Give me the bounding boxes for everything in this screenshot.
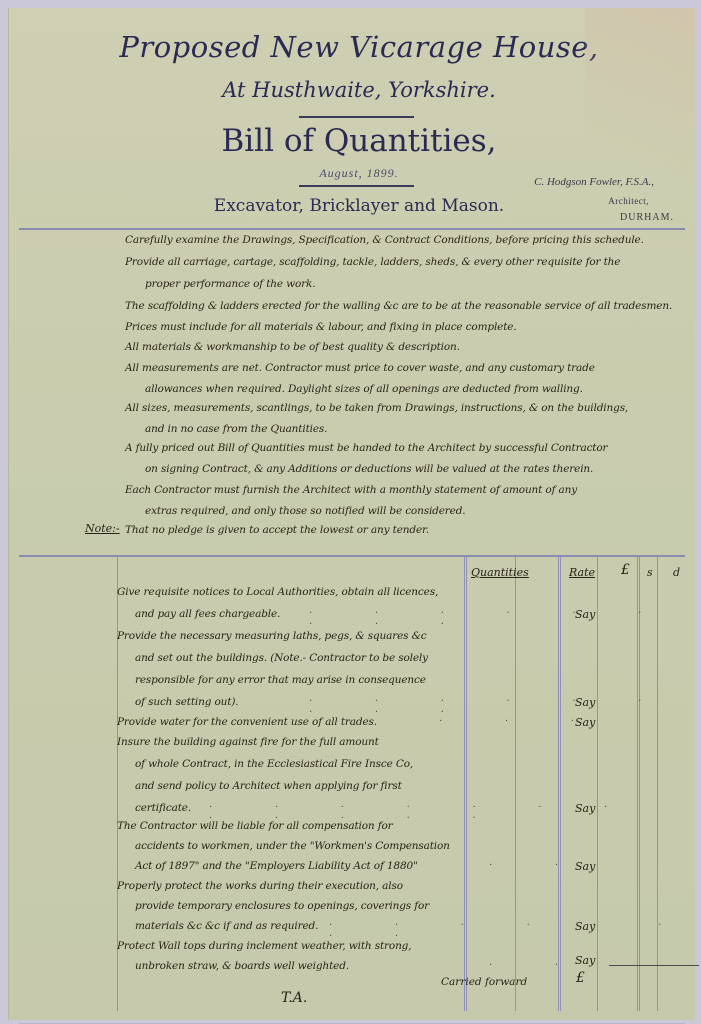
item-line: of such setting out).	[135, 696, 239, 708]
item-line: Give requisite notices to Local Authorit…	[117, 586, 438, 598]
rate-entry: Say	[575, 920, 595, 933]
architect-title: Architect,	[479, 196, 649, 206]
rate-entry: Say	[575, 860, 595, 873]
shillings-column-header: s	[647, 566, 653, 579]
leader-dots: · · · · · · · ·	[329, 920, 695, 942]
quantities-column-header: Quantities	[471, 566, 529, 579]
rate-entry: Say	[575, 608, 595, 621]
location-heading: At Husthwaite, Yorkshire.	[9, 78, 701, 102]
item-line: and pay all fees chargeable.	[135, 608, 280, 620]
item-line: unbroken straw, & boards well weighted.	[135, 960, 349, 972]
condition-line: extras required, and only those so notif…	[145, 505, 466, 517]
architect-city: DURHAM.	[479, 212, 674, 223]
document-heading: Proposed New Vicarage House,	[9, 30, 701, 64]
rate-entry: Say	[575, 954, 595, 967]
item-line: certificate.	[135, 802, 191, 814]
condition-line: proper performance of the work.	[145, 278, 315, 290]
leader-dots: · ·	[489, 960, 588, 971]
condition-line: on signing Contract, & any Additions or …	[145, 463, 593, 475]
item-line: and set out the buildings. (Note.- Contr…	[135, 652, 428, 664]
condition-line: Provide all carriage, cartage, scaffoldi…	[125, 256, 620, 268]
carried-forward-label: Carried forward	[441, 976, 527, 988]
header-divider	[19, 228, 685, 230]
item-line: accidents to workmen, under the "Workmen…	[135, 840, 450, 852]
architect-name: C. Hodgson Fowler, F.S.A.,	[479, 176, 654, 188]
item-line: responsible for any error that may arise…	[135, 674, 426, 686]
condition-line: Carefully examine the Drawings, Specific…	[125, 234, 644, 246]
carried-forward-pound-sign: £	[576, 970, 585, 986]
rate-entry: Say	[575, 696, 595, 709]
pence-column-header: d	[673, 566, 680, 579]
leader-dots: · · · · · · · · ·	[309, 608, 695, 630]
condition-line: All sizes, measurements, scantlings, to …	[125, 402, 628, 414]
note-label: Note:-	[85, 522, 120, 535]
note-text: That no pledge is given to accept the lo…	[125, 524, 429, 536]
item-line: Insure the building against fire for the…	[117, 736, 379, 748]
heading-rule	[299, 116, 414, 118]
condition-line: and in no case from the Quantities.	[145, 423, 327, 435]
item-line: Provide the necessary measuring laths, p…	[117, 630, 427, 642]
rate-entry: Say	[575, 716, 595, 729]
pounds-column-header: £	[621, 562, 630, 578]
condition-line: All materials & workmanship to be of bes…	[125, 341, 460, 353]
item-line: Act of 1897" and the "Employers Liabilit…	[135, 860, 418, 872]
heading-rule	[299, 185, 414, 187]
leader-dots: · · · · · · · · · · · ·	[209, 802, 695, 824]
rate-column-header: Rate	[569, 566, 595, 579]
item-line: provide temporary enclosures to openings…	[135, 900, 429, 912]
rate-entry: Say	[575, 802, 595, 815]
condition-line: All measurements are net. Contractor mus…	[125, 362, 595, 374]
total-rule	[609, 965, 699, 966]
initials: T.A.	[281, 990, 307, 1006]
leader-dots: · · · · · · · · ·	[309, 696, 695, 718]
document-page: Proposed New Vicarage House, At Husthwai…	[8, 8, 695, 1020]
item-line: Properly protect the works during their …	[117, 880, 403, 892]
condition-line: The scaffolding & ladders erected for th…	[125, 300, 672, 312]
item-line: and send policy to Architect when applyi…	[135, 780, 402, 792]
condition-line: Prices must include for all materials & …	[125, 321, 517, 333]
section-divider	[19, 555, 685, 557]
leader-dots: · ·	[489, 860, 588, 871]
condition-line: allowances when required. Daylight sizes…	[145, 383, 583, 395]
document-title: Bill of Quantities,	[9, 123, 701, 159]
item-line: of whole Contract, in the Ecclesiastical…	[135, 758, 413, 770]
condition-line: A fully priced out Bill of Quantities mu…	[125, 442, 607, 454]
condition-line: Each Contractor must furnish the Archite…	[125, 484, 577, 496]
item-line: materials &c &c if and as required.	[135, 920, 318, 932]
